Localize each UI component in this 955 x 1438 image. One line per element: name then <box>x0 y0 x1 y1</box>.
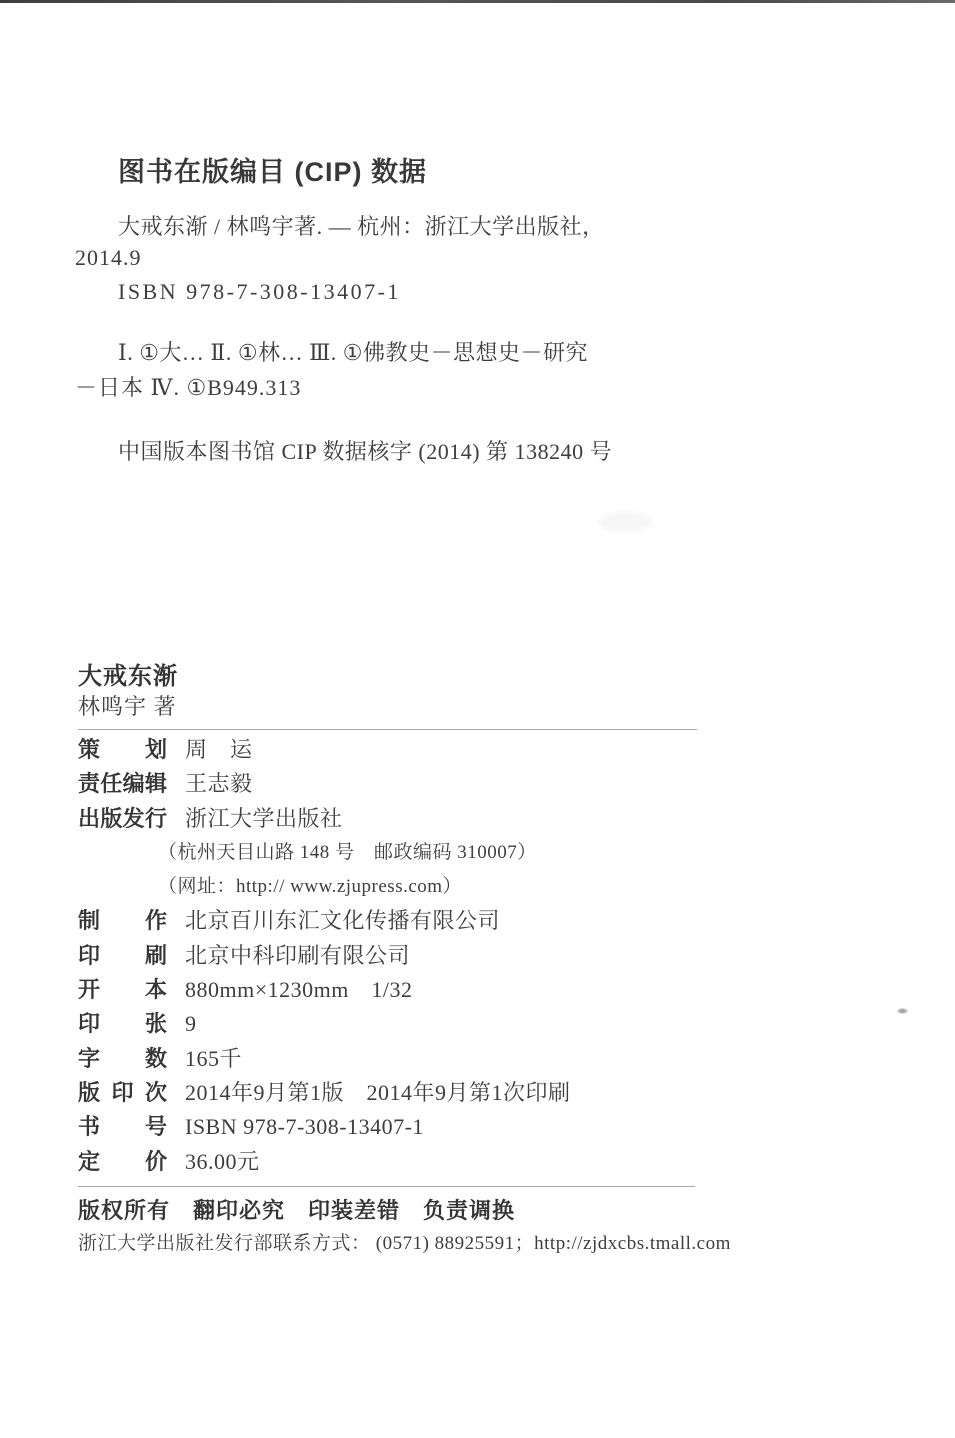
cip-isbn-line: ISBN 978-7-308-13407-1 <box>118 279 401 305</box>
row-value: 王志毅 <box>185 767 253 801</box>
colophon-row-website: （网址：http:// www.zjupress.com） <box>78 870 758 904</box>
row-value: （杭州天目山路 148 号 邮政编码 310007） <box>158 836 537 870</box>
row-value: 周 运 <box>185 733 253 767</box>
row-label: 印 刷 <box>78 939 167 973</box>
row-value: 165千 <box>185 1042 242 1076</box>
row-label: 字 数 <box>78 1042 167 1076</box>
row-label: 定 价 <box>78 1145 167 1179</box>
divider-rule-top <box>78 729 697 730</box>
book-copyright-page: { "page": { "background": "#ffffff", "in… <box>0 0 955 1438</box>
copyright-notice: 版权所有 翻印必究 印装差错 负责调换 <box>78 1194 515 1225</box>
row-label: 版 印 次 <box>78 1076 167 1110</box>
scan-speck-artifact <box>897 1008 908 1014</box>
colophon-row-address: （杭州天目山路 148 号 邮政编码 310007） <box>78 836 758 870</box>
row-label: 开 本 <box>78 973 167 1007</box>
cip-entry-line1: 大戒东渐 / 林鸣宇著. — 杭州：浙江大学出版社， <box>118 210 605 241</box>
book-author: 林鸣宇 著 <box>78 690 177 721</box>
row-label: 责任编辑 <box>78 767 167 801</box>
publisher-contact-line: 浙江大学出版社发行部联系方式： (0571) 88925591；http://z… <box>78 1228 731 1255</box>
colophon-row-production: 制 作 北京百川东汇文化传播有限公司 <box>78 904 758 938</box>
colophon-row-wordcount: 字 数 165千 <box>78 1042 758 1076</box>
cip-record-number-line: 中国版本图书馆 CIP 数据核字 (2014) 第 138240 号 <box>118 435 612 466</box>
cip-classification-line1: Ⅰ. ①大… Ⅱ. ①林… Ⅲ. ①佛教史－思想史－研究 <box>118 336 588 367</box>
row-label: 制 作 <box>78 904 167 938</box>
row-value: （网址：http:// www.zjupress.com） <box>158 870 462 904</box>
row-value: 北京中科印刷有限公司 <box>185 939 410 973</box>
cip-entry-line2: 2014.9 <box>75 245 142 271</box>
colophon-row-editor: 责任编辑 王志毅 <box>78 767 758 801</box>
divider-rule-bottom <box>78 1186 695 1187</box>
colophon-row-isbn: 书 号 ISBN 978-7-308-13407-1 <box>78 1110 758 1144</box>
colophon-row-format: 开 本 880mm×1230mm 1/32 <box>78 973 758 1007</box>
row-label: 策 划 <box>78 733 167 767</box>
colophon-rows: 策 划 周 运 责任编辑 王志毅 出版发行 浙江大学出版社 （杭州天目山路 14… <box>78 733 758 1179</box>
row-value: 36.00元 <box>185 1145 260 1179</box>
colophon-row-price: 定 价 36.00元 <box>78 1145 758 1179</box>
row-value: 浙江大学出版社 <box>185 802 343 836</box>
row-label: 印 张 <box>78 1007 167 1041</box>
row-label: 出版发行 <box>78 802 167 836</box>
row-label: 书 号 <box>78 1110 167 1144</box>
row-value: ISBN 978-7-308-13407-1 <box>185 1110 424 1144</box>
scan-top-edge <box>0 0 955 3</box>
scan-smudge-artifact <box>598 512 653 532</box>
colophon-row-publisher: 出版发行 浙江大学出版社 <box>78 802 758 836</box>
row-value: 2014年9月第1版 2014年9月第1次印刷 <box>185 1076 571 1110</box>
colophon-row-printer: 印 刷 北京中科印刷有限公司 <box>78 939 758 973</box>
cip-classification-line2: －日本 Ⅳ. ①B949.313 <box>75 371 301 402</box>
colophon-row-planner: 策 划 周 运 <box>78 733 758 767</box>
book-title: 大戒东渐 <box>78 656 178 691</box>
colophon-row-sheets: 印 张 9 <box>78 1007 758 1041</box>
colophon-row-edition: 版 印 次 2014年9月第1版 2014年9月第1次印刷 <box>78 1076 758 1110</box>
row-value: 北京百川东汇文化传播有限公司 <box>185 904 500 938</box>
row-value: 9 <box>185 1007 197 1041</box>
row-value: 880mm×1230mm 1/32 <box>185 973 412 1007</box>
cip-heading: 图书在版编目 (CIP) 数据 <box>118 150 427 189</box>
